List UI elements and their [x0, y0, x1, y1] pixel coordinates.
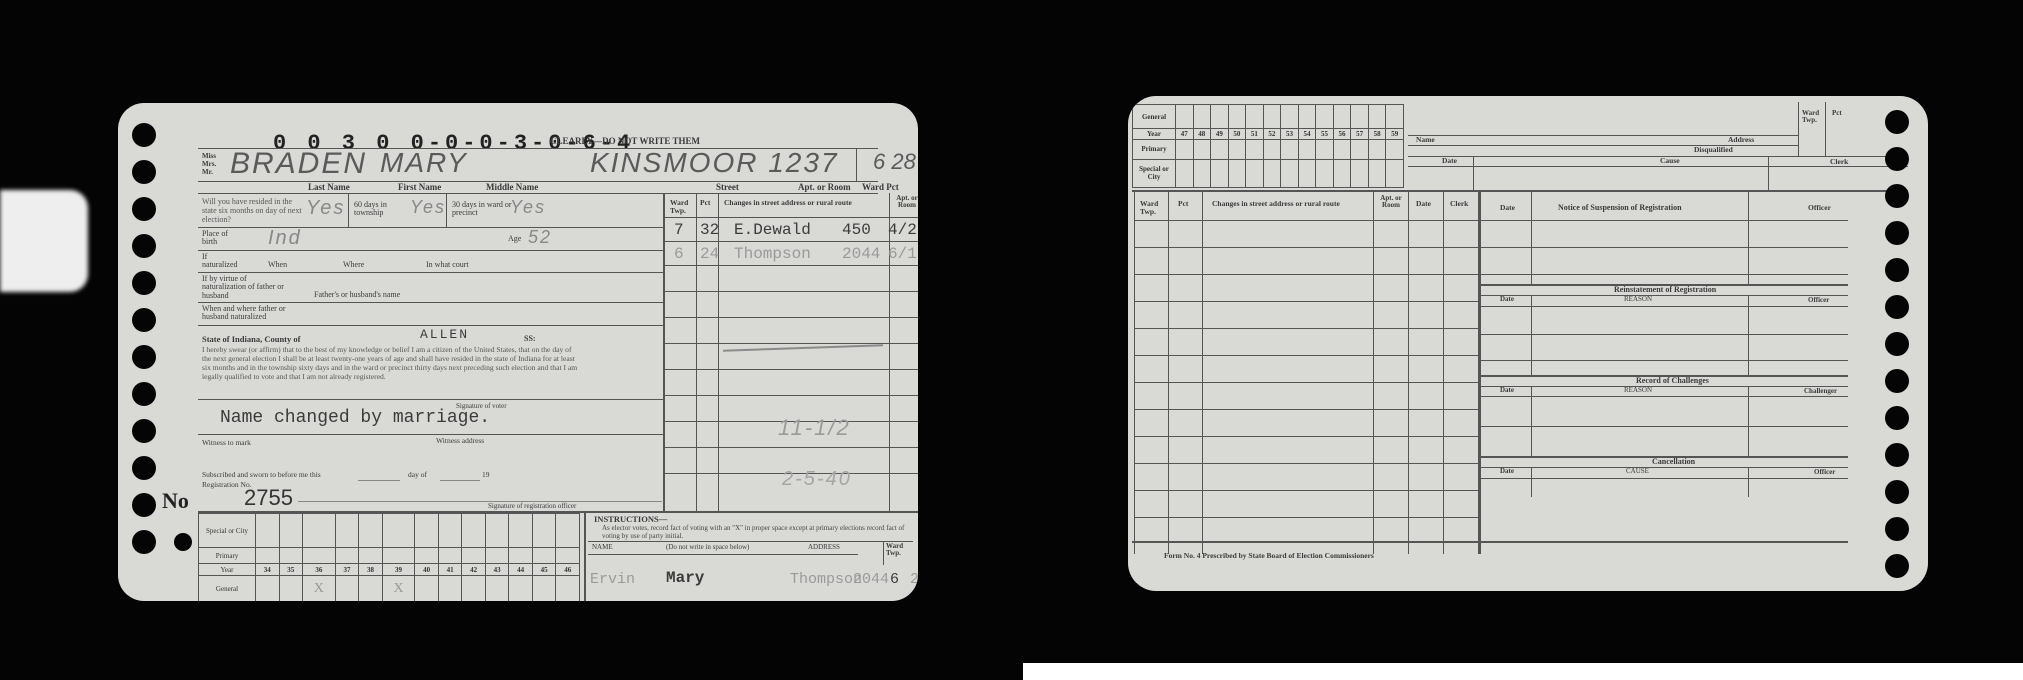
back-pct-label: Pct [1832, 110, 1842, 117]
when-label: When [268, 261, 287, 269]
row1-date: 4/2/ 36 [888, 221, 918, 239]
year-41: 41 [438, 564, 462, 576]
street-label: Street [716, 183, 739, 192]
challenges-title: Record of Challenges [1636, 377, 1709, 385]
back-col-clerk: Clerk [1450, 200, 1468, 208]
year-39: 39 [382, 564, 415, 576]
age-label: Age [508, 235, 521, 243]
row1-pct: 32 [700, 221, 719, 239]
ward-pct-label: Ward Pct [862, 183, 899, 192]
day-of-label: day of [408, 471, 427, 479]
witness-address-label: Witness address [436, 437, 484, 445]
stub-first-name: Mary [666, 569, 704, 587]
year-38: 38 [359, 564, 383, 576]
birth-place-value: Ind [268, 227, 302, 250]
year-48: 48 [1193, 129, 1211, 140]
reinstatement-date: Date [1500, 296, 1514, 303]
oath-text: I hereby swear (or affirm) that to the b… [202, 345, 582, 381]
col-apt: Apt. or Room [894, 195, 918, 210]
title-prefix-mr: Mr. [202, 169, 213, 176]
year-43: 43 [485, 564, 509, 576]
year-58: 58 [1368, 129, 1386, 140]
year-50: 50 [1228, 129, 1246, 140]
year-49: 49 [1211, 129, 1229, 140]
back-voting-record: General Year 47 48 49 50 51 52 53 54 55 … [1132, 104, 1404, 188]
officer-signature-label: Signature of registration officer [488, 503, 576, 510]
year-42: 42 [462, 564, 486, 576]
disq-clerk-label: Clerk [1830, 158, 1848, 166]
suspension-date: Date [1500, 204, 1515, 212]
back-col-changes: Changes in street address or rural route [1212, 200, 1340, 208]
state-county-label: State of Indiana, County of [202, 335, 300, 344]
by-virtue-label: If by virtue of naturalization of father… [202, 275, 292, 300]
cancellation-cause: CAUSE [1626, 468, 1649, 475]
q-state-label: Will you have resided in the state six m… [202, 197, 302, 224]
stub-ward-label: Ward Twp. [886, 543, 906, 558]
age-value: 52 [528, 227, 552, 248]
row1-ward: 7 [674, 221, 684, 239]
birth-place-label: Place of birth [202, 230, 242, 247]
challenges-challenger: Challenger [1804, 388, 1837, 395]
row1-number: 450 [842, 221, 871, 239]
cancellation-title: Cancellation [1652, 458, 1695, 466]
year-52: 52 [1263, 129, 1281, 140]
ss-label: SS: [524, 335, 536, 343]
middle-name-label: Middle Name [486, 183, 538, 192]
year-51: 51 [1246, 129, 1264, 140]
back-row-year: Year [1133, 129, 1176, 140]
back-row-special: Special or City [1133, 159, 1176, 187]
challenges-date: Date [1500, 387, 1514, 394]
back-col-date: Date [1416, 200, 1431, 208]
witness-label: Witness to mark [202, 439, 251, 447]
cancellation-date: Date [1500, 468, 1514, 475]
reinstatement-reason: REASON [1624, 296, 1652, 303]
stub-last-name: Ervin [590, 571, 635, 588]
first-name-label: First Name [398, 183, 441, 192]
row2-address: Thompson [734, 245, 811, 263]
signature-label: Signature of voter [456, 403, 507, 410]
col-ward: Ward Twp. [670, 199, 692, 215]
year-59: 59 [1386, 129, 1404, 140]
col-pct: Pct [700, 199, 710, 207]
court-label: In what court [426, 261, 469, 269]
challenges-reason: REASON [1624, 387, 1652, 394]
year-46: 46 [556, 564, 580, 576]
reinstatement-title: Reinstatement of Registration [1614, 286, 1716, 294]
year-45: 45 [532, 564, 556, 576]
suspension-officer: Officer [1808, 204, 1831, 212]
general-mark-39: X [382, 576, 415, 602]
row2-date: 6/18/38 [888, 245, 918, 263]
general-mark-36: X [303, 576, 336, 602]
back-card: General Year 47 48 49 50 51 52 53 54 55 … [1128, 96, 1928, 591]
instructions-title: INSTRUCTIONS— [594, 515, 667, 524]
disq-date-label: Date [1442, 157, 1457, 165]
handwritten-strike [723, 344, 883, 352]
stub-ward: 6 [890, 571, 899, 588]
back-ward-label: Ward Twp. [1802, 110, 1822, 125]
disq-cause-label: Cause [1660, 157, 1680, 165]
year-47: 47 [1176, 129, 1194, 140]
row2-number: 2044 [842, 245, 880, 263]
apt-label: Apt. or Room [798, 183, 851, 192]
ward-value: 6 28 [873, 149, 916, 175]
back-col-apt: Apt. or Room [1379, 195, 1403, 210]
row2-pct: 24 [700, 245, 719, 263]
year-53: 53 [1281, 129, 1299, 140]
where-label: Where [343, 261, 364, 269]
back-row-general: General [1133, 105, 1176, 129]
first-name-value: MARY [380, 147, 468, 179]
year-label: 19 [482, 471, 490, 479]
when-where-label: When and where father or husband natural… [202, 305, 302, 322]
name-change-note: Name changed by marriage. [220, 408, 490, 428]
father-name-label: Father's or husband's name [314, 291, 400, 299]
year-34: 34 [256, 564, 280, 576]
front-card: 0 0 3 0 0-0-0-3-0-6-4 CLEARLY—DO NOT WRI… [118, 103, 918, 601]
back-col-ward: Ward Twp. [1140, 200, 1164, 216]
q-township-label: 60 days in township [354, 201, 414, 218]
back-row-primary: Primary [1133, 139, 1176, 159]
precinct-value: Yes [510, 197, 546, 218]
year-55: 55 [1316, 129, 1334, 140]
col-changes: Changes in street address or rural route [724, 199, 852, 207]
county-value: ALLEN [420, 327, 469, 342]
row2-ward: 6 [674, 245, 684, 263]
reinstatement-officer: Officer [1808, 297, 1829, 304]
stub-street: Thompson [790, 571, 862, 588]
back-name-label: Name [1416, 136, 1435, 144]
year-44: 44 [509, 564, 533, 576]
disqualified-label: Disqualified [1694, 146, 1733, 154]
registration-no-value: 2755 [244, 485, 293, 511]
year-54: 54 [1298, 129, 1316, 140]
stub-number: 2044 [853, 571, 889, 588]
stub-name-label: NAME [592, 544, 613, 551]
front-voting-record: Special or City Primary Year 34 35 36 37… [198, 513, 580, 601]
year-35: 35 [279, 564, 303, 576]
suspension-title: Notice of Suspension of Registration [1558, 204, 1682, 212]
stub-address-label: ADDRESS [808, 544, 840, 551]
scan-glare [0, 190, 88, 292]
year-56: 56 [1333, 129, 1351, 140]
last-name-value: BRADEN [230, 147, 367, 181]
row-label-year: Year [199, 564, 256, 576]
row1-address: E.Dewald [734, 221, 811, 239]
form-footer: Form No. 4 Prescribed by State Board of … [1164, 552, 1374, 560]
state-value: Yes [306, 197, 345, 220]
year-40: 40 [415, 564, 439, 576]
if-naturalized-label: If naturalized [202, 253, 242, 270]
stub-no-write-label: (Do not write in space below) [666, 544, 749, 551]
row-label-general: General [199, 576, 256, 602]
header-instruction: CLEARLY—DO NOT WRITE THEM [550, 137, 700, 146]
year-36: 36 [303, 564, 336, 576]
township-value: Yes [410, 197, 446, 218]
street-value: KINSMOOR 1237 [590, 147, 839, 179]
year-57: 57 [1351, 129, 1369, 140]
no-symbol: No [162, 489, 189, 512]
scan-edge [1023, 663, 2023, 680]
back-address-label: Address [1728, 136, 1754, 144]
handwritten-mark-2: 11-1/2 [778, 415, 851, 441]
stub-pct: 24 [910, 571, 918, 588]
row-label-special: Special or City [199, 514, 256, 548]
cancellation-officer: Officer [1814, 469, 1835, 476]
instructions-text: As elector votes, record fact of voting … [602, 524, 918, 540]
back-col-pct: Pct [1178, 200, 1188, 208]
year-37: 37 [335, 564, 359, 576]
handwritten-mark-3: 2-5-40 [782, 468, 852, 491]
row-label-primary: Primary [199, 548, 256, 564]
subscribed-label: Subscribed and sworn to before me this [202, 471, 321, 479]
last-name-label: Last Name [308, 183, 350, 192]
